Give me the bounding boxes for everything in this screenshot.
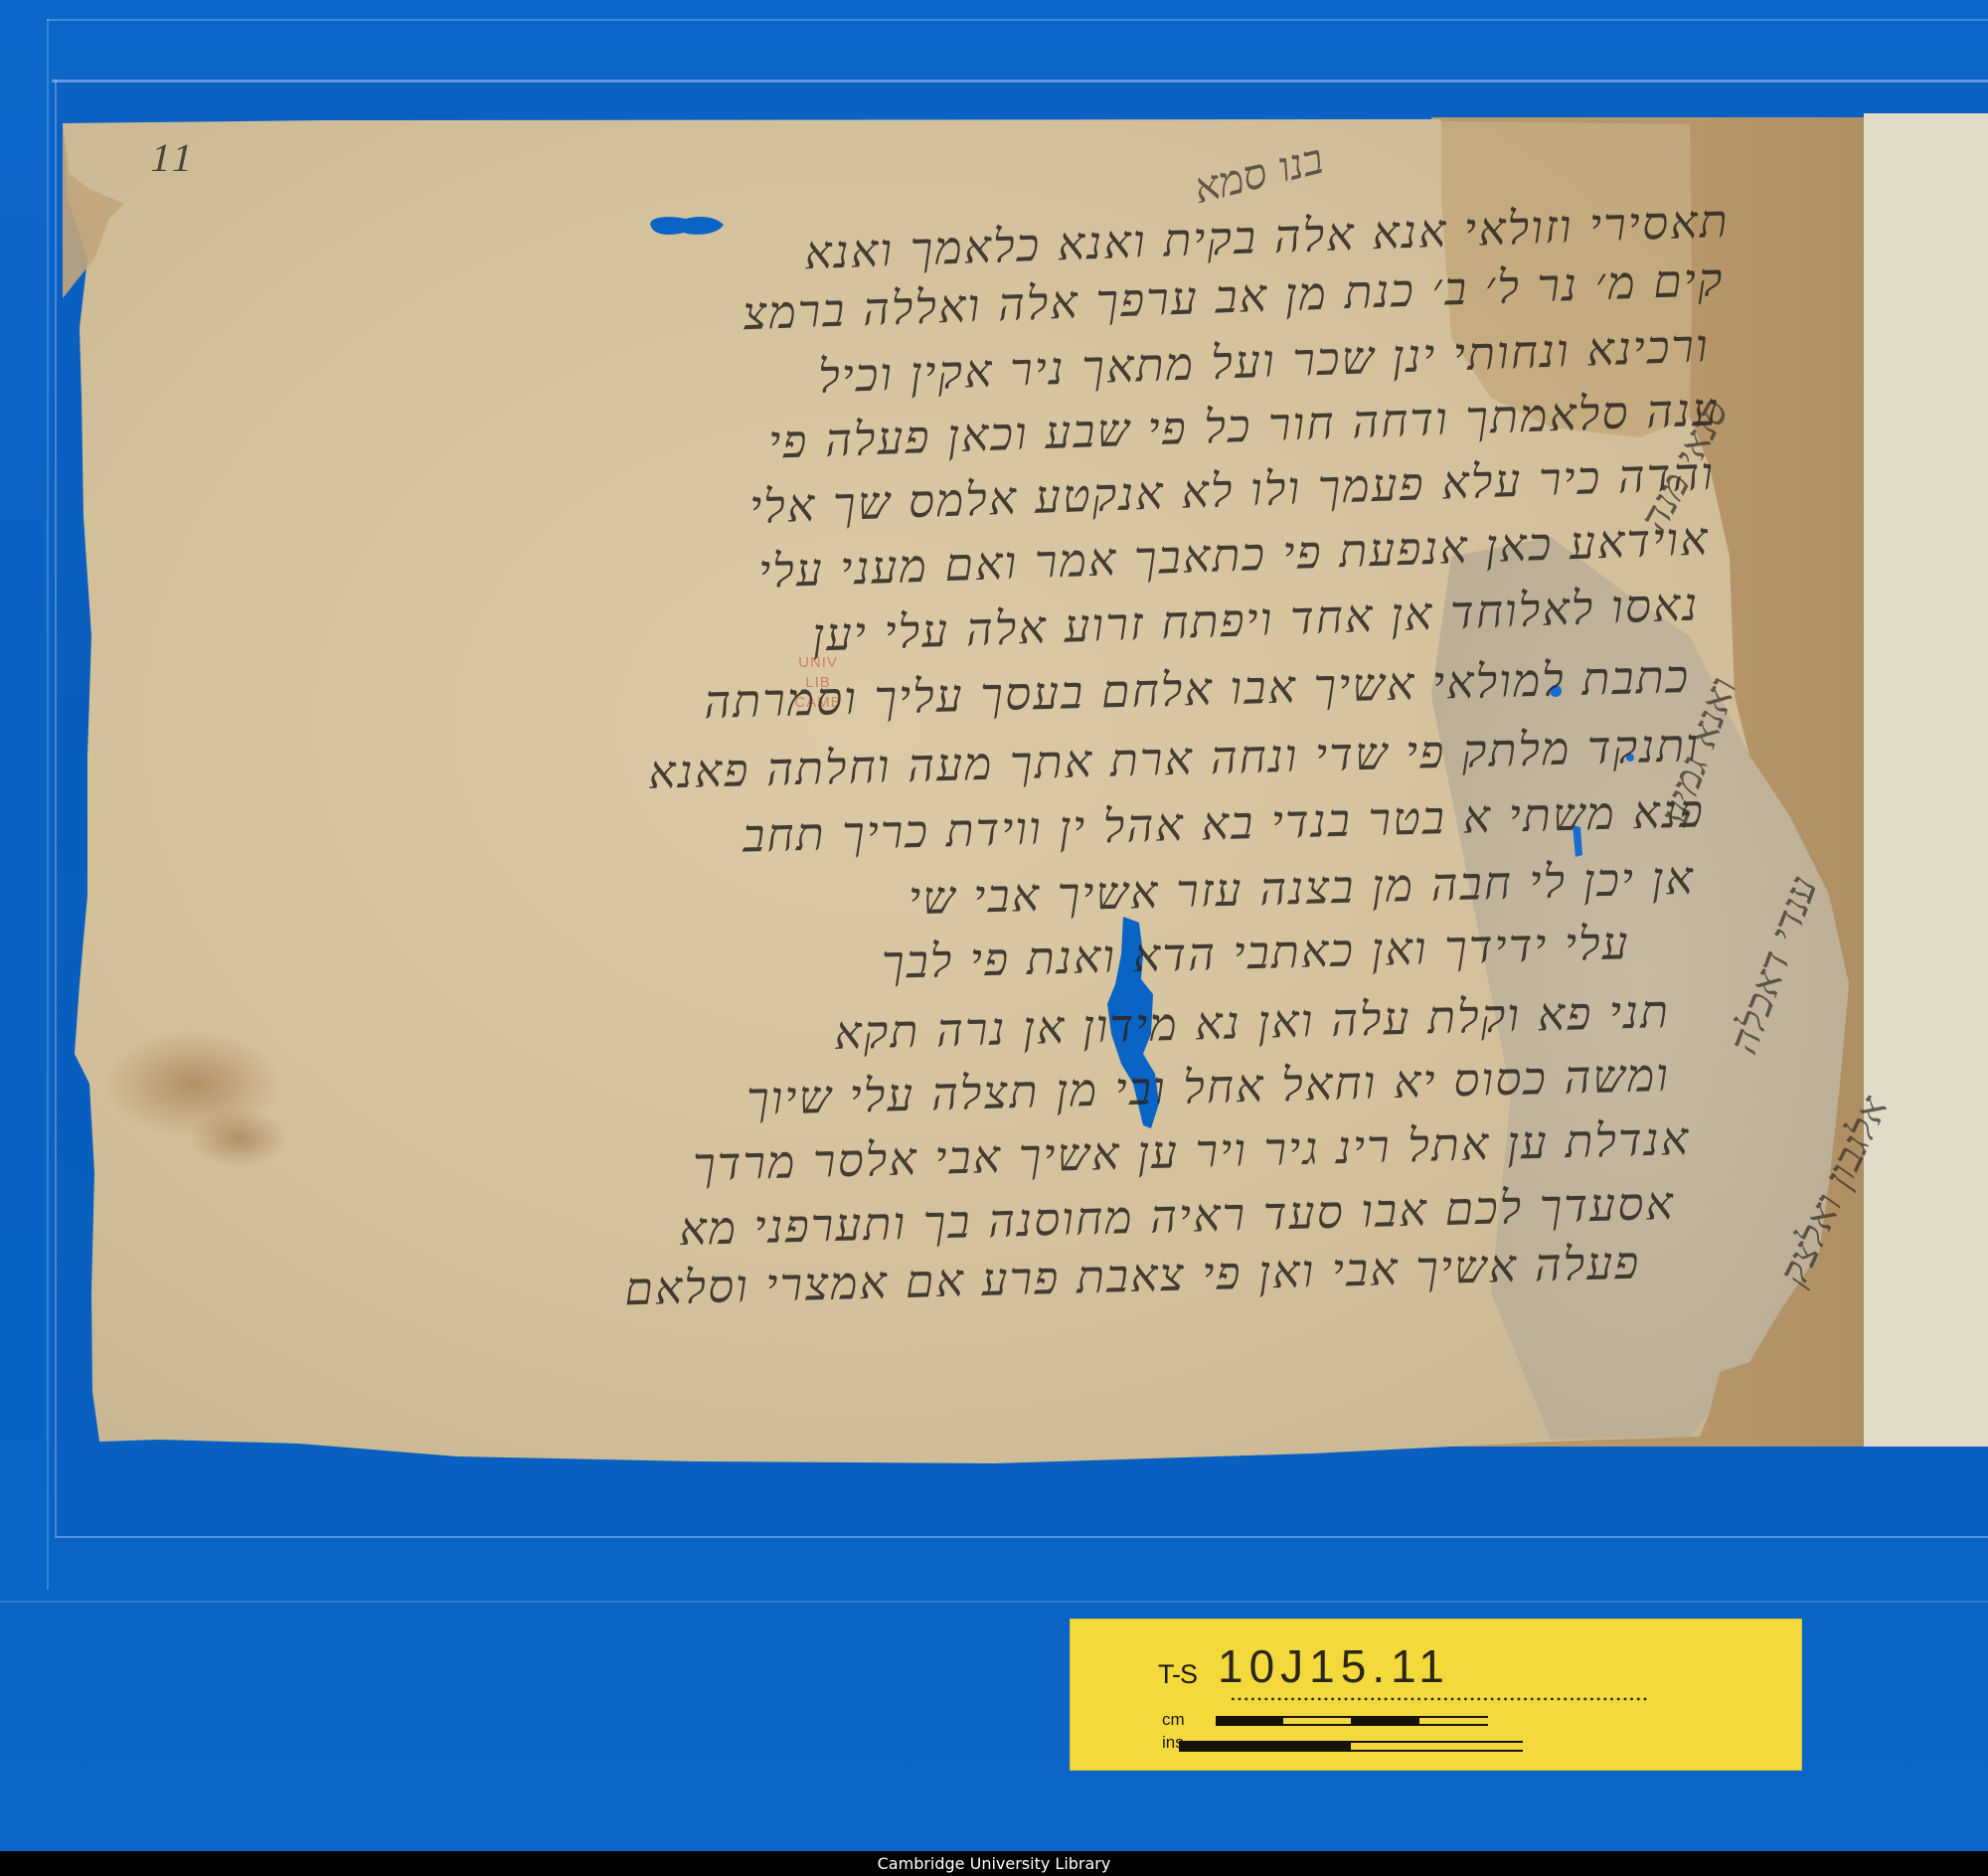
manuscript-text: תאסירי וזולאי אנא אלה בקית ואנא כלאמך וא…	[89, 149, 1730, 1461]
text-line-12: עלי ידידך ואן כאתבי הדא ואנת פי לבך	[882, 920, 1631, 985]
text-line-13: תני פא וקלת עלה ואן נא מידון אן נרה תקא	[833, 988, 1670, 1056]
text-line-7: נאסו לאלוחד אן אחד ויפתח זרוע אלה עלי יע…	[812, 581, 1701, 657]
manuscript-fragment: 11 בנו סמא UNIV LIB CAMB תאסירי וזולאי א…	[0, 0, 1988, 1876]
scale-bar-ins	[1179, 1741, 1523, 1752]
text-line-8: כתבת למולאי אשיך אבו אלחם בעסך עליך וסמר…	[703, 653, 1690, 725]
scale-cm-label: cm	[1162, 1710, 1185, 1730]
label-prefix: T-S	[1158, 1659, 1197, 1690]
text-line-14: ומשה כסוס יא וחאל אחל ובי מן תצלה עלי שי…	[745, 1052, 1670, 1121]
shelfmark-number: 10J15.11	[1218, 1639, 1450, 1693]
text-line-15: אנדלת ען אתל רינ גיר ויר ען אשיך אבי אלס…	[692, 1115, 1690, 1187]
footer-credit: Cambridge University Library	[0, 1851, 1988, 1876]
scale-bar-cm	[1216, 1716, 1488, 1726]
shelfmark-label: T-S 10J15.11 cm ins	[1071, 1620, 1801, 1770]
label-dotted-line	[1230, 1697, 1647, 1701]
text-line-9: ותנקד מלתק פי שדי ונחה ארת אתך מעה וחלתה…	[647, 722, 1700, 795]
text-line-11: אן יכן לי חבה מן בצנה עזר אשיך אבי שי	[908, 855, 1695, 922]
text-line-10: פנא משתי א בטר בנדי בא אהל ין ווידת כריך…	[742, 787, 1705, 858]
